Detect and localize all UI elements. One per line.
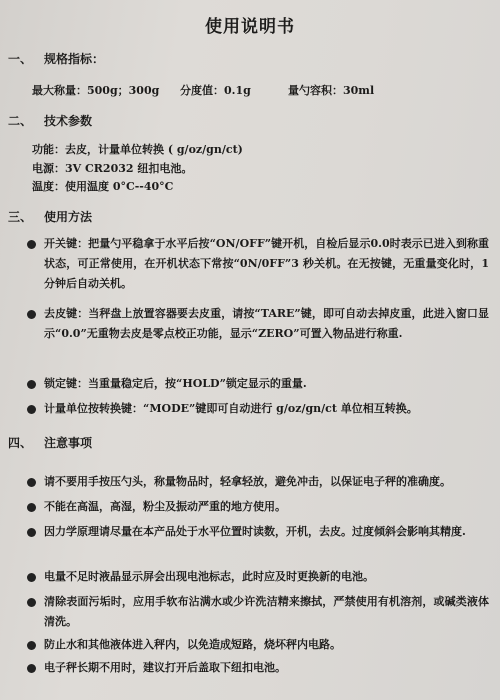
section-heading: 技术参数 — [44, 114, 92, 128]
note-no-liquid: 防止水和其他液体进入秤内，以免造成短路，烧坏秤内电路。 — [44, 635, 489, 655]
bullet-icon — [27, 503, 36, 512]
section-notes-heading: 四、注意事项 — [8, 434, 92, 451]
usage-tare-key: 去皮键：当秤盘上放置容器要去皮重，请按“TARE”键，即可自动去掉皮重，此进入窗… — [44, 304, 489, 344]
spec-spoon-volume: 量勺容积：30ml — [288, 82, 374, 98]
note-handle-gently: 请不要用手按压勺头，称量物品时，轻拿轻放，避免冲击，以保证电子秤的准确度。 — [44, 472, 489, 492]
bullet-icon — [27, 528, 36, 537]
bullet-icon — [27, 380, 36, 389]
bullet-icon — [27, 405, 36, 414]
usage-hold-key: 锁定键：当重量稳定后，按“HOLD”锁定显示的重量. — [44, 374, 489, 394]
bullet-icon — [27, 478, 36, 487]
instruction-manual-page: 使用说明书 一、规格指标： 最大称量：500g；300g 分度值：0.1g 量勺… — [0, 0, 500, 700]
section-heading: 注意事项 — [44, 436, 92, 450]
section-number: 三、 — [8, 208, 44, 225]
spec-division: 分度值：0.1g — [180, 82, 251, 98]
section-usage-heading: 三、使用方法 — [8, 208, 92, 225]
tech-function: 功能：去皮，计量单位转换 ( g/oz/gn/ct) — [32, 141, 243, 157]
note-cleaning: 清除表面污垢时，应用手软布沾满水或少许洗洁精来擦拭，严禁使用有机溶剂，或碱类液体… — [44, 592, 489, 632]
note-remove-battery: 电子秤长期不用时，建议打开后盖取下纽扣电池。 — [44, 658, 489, 678]
spec-max-weight: 最大称量：500g；300g — [32, 82, 159, 98]
page-title: 使用说明书 — [0, 12, 500, 37]
note-low-battery: 电量不足时液晶显示屏会出现电池标志，此时应及时更换新的电池。 — [44, 567, 489, 587]
section-heading: 规格指标： — [44, 52, 104, 66]
bullet-icon — [27, 310, 36, 319]
section-number: 二、 — [8, 112, 44, 129]
section-number: 一、 — [8, 50, 44, 67]
tech-temperature: 温度：使用温度 0°C--40°C — [32, 178, 173, 194]
tech-power: 电源：3V CR2032 纽扣电池。 — [32, 160, 192, 176]
section-specs-heading: 一、规格指标： — [8, 50, 104, 67]
bullet-icon — [27, 641, 36, 650]
usage-power-key: 开关键：把量勺平稳拿于水平后按“ON/OFF”键开机，自检后显示0.0时表示已进… — [44, 234, 489, 294]
section-heading: 使用方法 — [44, 210, 92, 224]
section-number: 四、 — [8, 434, 44, 451]
usage-mode-key: 计量单位按转换键：“MODE”键即可自动进行 g/oz/gn/ct 单位相互转换… — [44, 399, 489, 419]
bullet-icon — [27, 573, 36, 582]
note-environment: 不能在高温，高湿，粉尘及振动严重的地方使用。 — [44, 497, 489, 517]
bullet-icon — [27, 664, 36, 673]
bullet-icon — [27, 598, 36, 607]
bullet-icon — [27, 240, 36, 249]
note-level-position: 因力学原理请尽量在本产品处于水平位置时读数，开机，去皮。过度倾斜会影响其精度. — [44, 522, 489, 542]
section-tech-heading: 二、技术参数 — [8, 112, 92, 129]
